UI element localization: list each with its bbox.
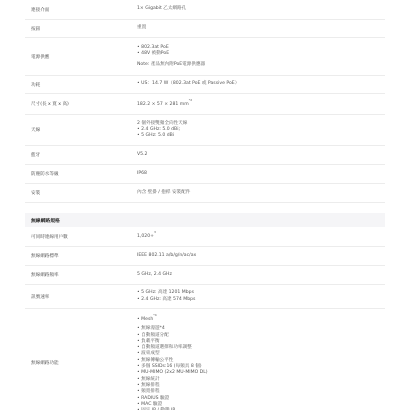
footnote-mark: *2 <box>189 98 192 102</box>
spec-row-wireless-frequency: 無線網路頻率 5 GHz, 2.4 GHz <box>25 266 385 285</box>
spec-value: IP68 <box>137 168 385 180</box>
spec-value: Mesh*4 無線漫遊*4 自動頻道分配 負載平衡 自動頻道選擇和功率調整 波束… <box>137 309 385 410</box>
spec-label: 尺寸(長 x 寬 x 高) <box>25 101 137 107</box>
spec-label: 按鈕 <box>25 26 137 32</box>
spec-label: 無線網路標準 <box>25 253 137 259</box>
spec-row-wireless-standard: 無線網路標準 IEEE 802.11 a/b/g/n/ac/ax <box>25 247 385 266</box>
spec-row-dimensions: 尺寸(長 x 寬 x 高) 182.2 × 57 × 281 mm*2 <box>25 94 385 115</box>
spec-label: 可同時連線用戶數 <box>25 234 137 240</box>
spec-label: 無線網路頻率 <box>25 272 137 278</box>
spec-label: 訊號速率 <box>25 294 137 300</box>
spec-value: 內含 壁掛 / 抱桿 安裝配件 <box>137 187 385 199</box>
spec-value: US：14.7 W（802.3at PoE 或 Passive PoE） <box>137 78 385 90</box>
spec-label: 藍牙 <box>25 152 137 158</box>
spec-value: V5.2 <box>137 149 385 161</box>
list-item: US：14.7 W（802.3at PoE 或 Passive PoE） <box>137 81 385 87</box>
spec-row-concurrent-clients: 可同時連線用戶數 1,020+3 <box>25 227 385 247</box>
spec-row-signal-rate: 訊號速率 5 GHz: 高達 1201 Mbps 2.4 GHz: 高達 574… <box>25 285 385 309</box>
spec-row-antenna: 天線 2 個外接雙頻全向性天線 2.4 GHz: 5.0 dBi; 5 GHz:… <box>25 115 385 146</box>
mesh-text: Mesh <box>141 317 153 322</box>
spec-value: 182.2 × 57 × 281 mm*2 <box>137 97 385 111</box>
spec-label: 電源供應 <box>25 54 137 60</box>
dimensions-text: 182.2 × 57 × 281 mm <box>137 102 189 107</box>
spec-row-ip-rating: 防塵防水等級 IP68 <box>25 165 385 184</box>
spec-value: 5 GHz: 高達 1201 Mbps 2.4 GHz: 高達 574 Mbps <box>137 287 385 306</box>
spec-row-interface: 連接介面 1× Gigabit 乙太網路孔 <box>25 0 385 20</box>
spec-value: 1× Gigabit 乙太網路孔 <box>137 3 385 15</box>
power-note: Note: 產品無內附PoE電源供應器 <box>137 62 385 68</box>
list-item: 5 GHz: 5.0 dBi <box>137 133 385 139</box>
spec-table: 連接介面 1× Gigabit 乙太網路孔 按鈕 重置 電源供應 802.3at… <box>25 0 385 410</box>
spec-value: 5 GHz, 2.4 GHz <box>137 269 385 281</box>
list-item: Mesh*4 <box>137 315 385 323</box>
clients-text: 1,020+ <box>137 234 154 239</box>
spec-label: 連接介面 <box>25 7 137 13</box>
spec-row-wireless-features: 無線網路功能 Mesh*4 無線漫遊*4 自動頻道分配 負載平衡 自動頻道選擇和… <box>25 309 385 410</box>
list-item: 48V 被動PoE <box>137 51 385 57</box>
footnote-mark: *4 <box>153 313 156 317</box>
spec-value: 重置 <box>137 22 385 34</box>
spec-label: 無線網路功能 <box>25 360 137 366</box>
spec-label: 天線 <box>25 127 137 133</box>
spec-label: 防塵防水等級 <box>25 171 137 177</box>
spec-value: 1,020+3 <box>137 229 385 243</box>
spec-value: 802.3at PoE 48V 被動PoE Note: 產品無內附PoE電源供應… <box>137 42 385 72</box>
spec-label: 功耗 <box>25 82 137 88</box>
spec-value: IEEE 802.11 a/b/g/n/ac/ax <box>137 250 385 262</box>
spec-row-power: 電源供應 802.3at PoE 48V 被動PoE Note: 產品無內附Po… <box>25 38 385 76</box>
list-item: 2.4 GHz: 高達 574 Mbps <box>137 297 385 303</box>
spec-row-power-consumption: 功耗 US：14.7 W（802.3at PoE 或 Passive PoE） <box>25 76 385 94</box>
spec-row-bluetooth: 藍牙 V5.2 <box>25 146 385 165</box>
section-header-wireless: 無線網路規格 <box>25 213 385 227</box>
spec-label: 安裝 <box>25 190 137 196</box>
spec-row-mounting: 安裝 內含 壁掛 / 抱桿 安裝配件 <box>25 184 385 203</box>
footnote-mark: 3 <box>154 230 156 234</box>
spec-row-button: 按鈕 重置 <box>25 20 385 38</box>
spec-value: 2 個外接雙頻全向性天線 2.4 GHz: 5.0 dBi; 5 GHz: 5.… <box>137 118 385 143</box>
